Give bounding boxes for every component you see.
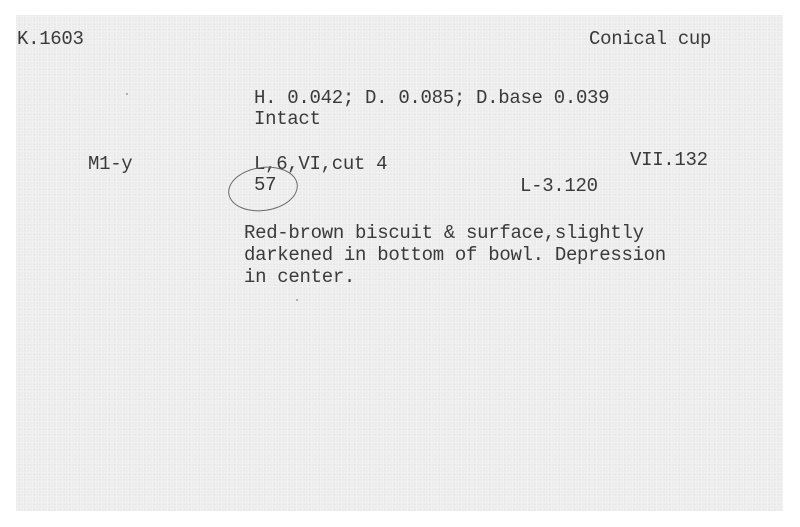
paper-speck	[296, 299, 298, 301]
description-line-3: in center.	[244, 266, 355, 288]
condition: Intact	[254, 108, 321, 130]
reference-right: VII.132	[630, 149, 708, 171]
object-type: Conical cup	[589, 28, 711, 50]
dimensions: H. 0.042; D. 0.085; D.base 0.039	[254, 87, 609, 109]
lot-number: L-3.120	[520, 175, 598, 197]
description-line-1: Red-brown biscuit & surface,slightly	[244, 222, 644, 244]
catalog-number: K.1603	[17, 28, 84, 50]
side-code: M1-y	[88, 153, 132, 175]
paper-speck	[126, 93, 128, 95]
description-line-2: darkened in bottom of bowl. Depression	[244, 244, 666, 266]
